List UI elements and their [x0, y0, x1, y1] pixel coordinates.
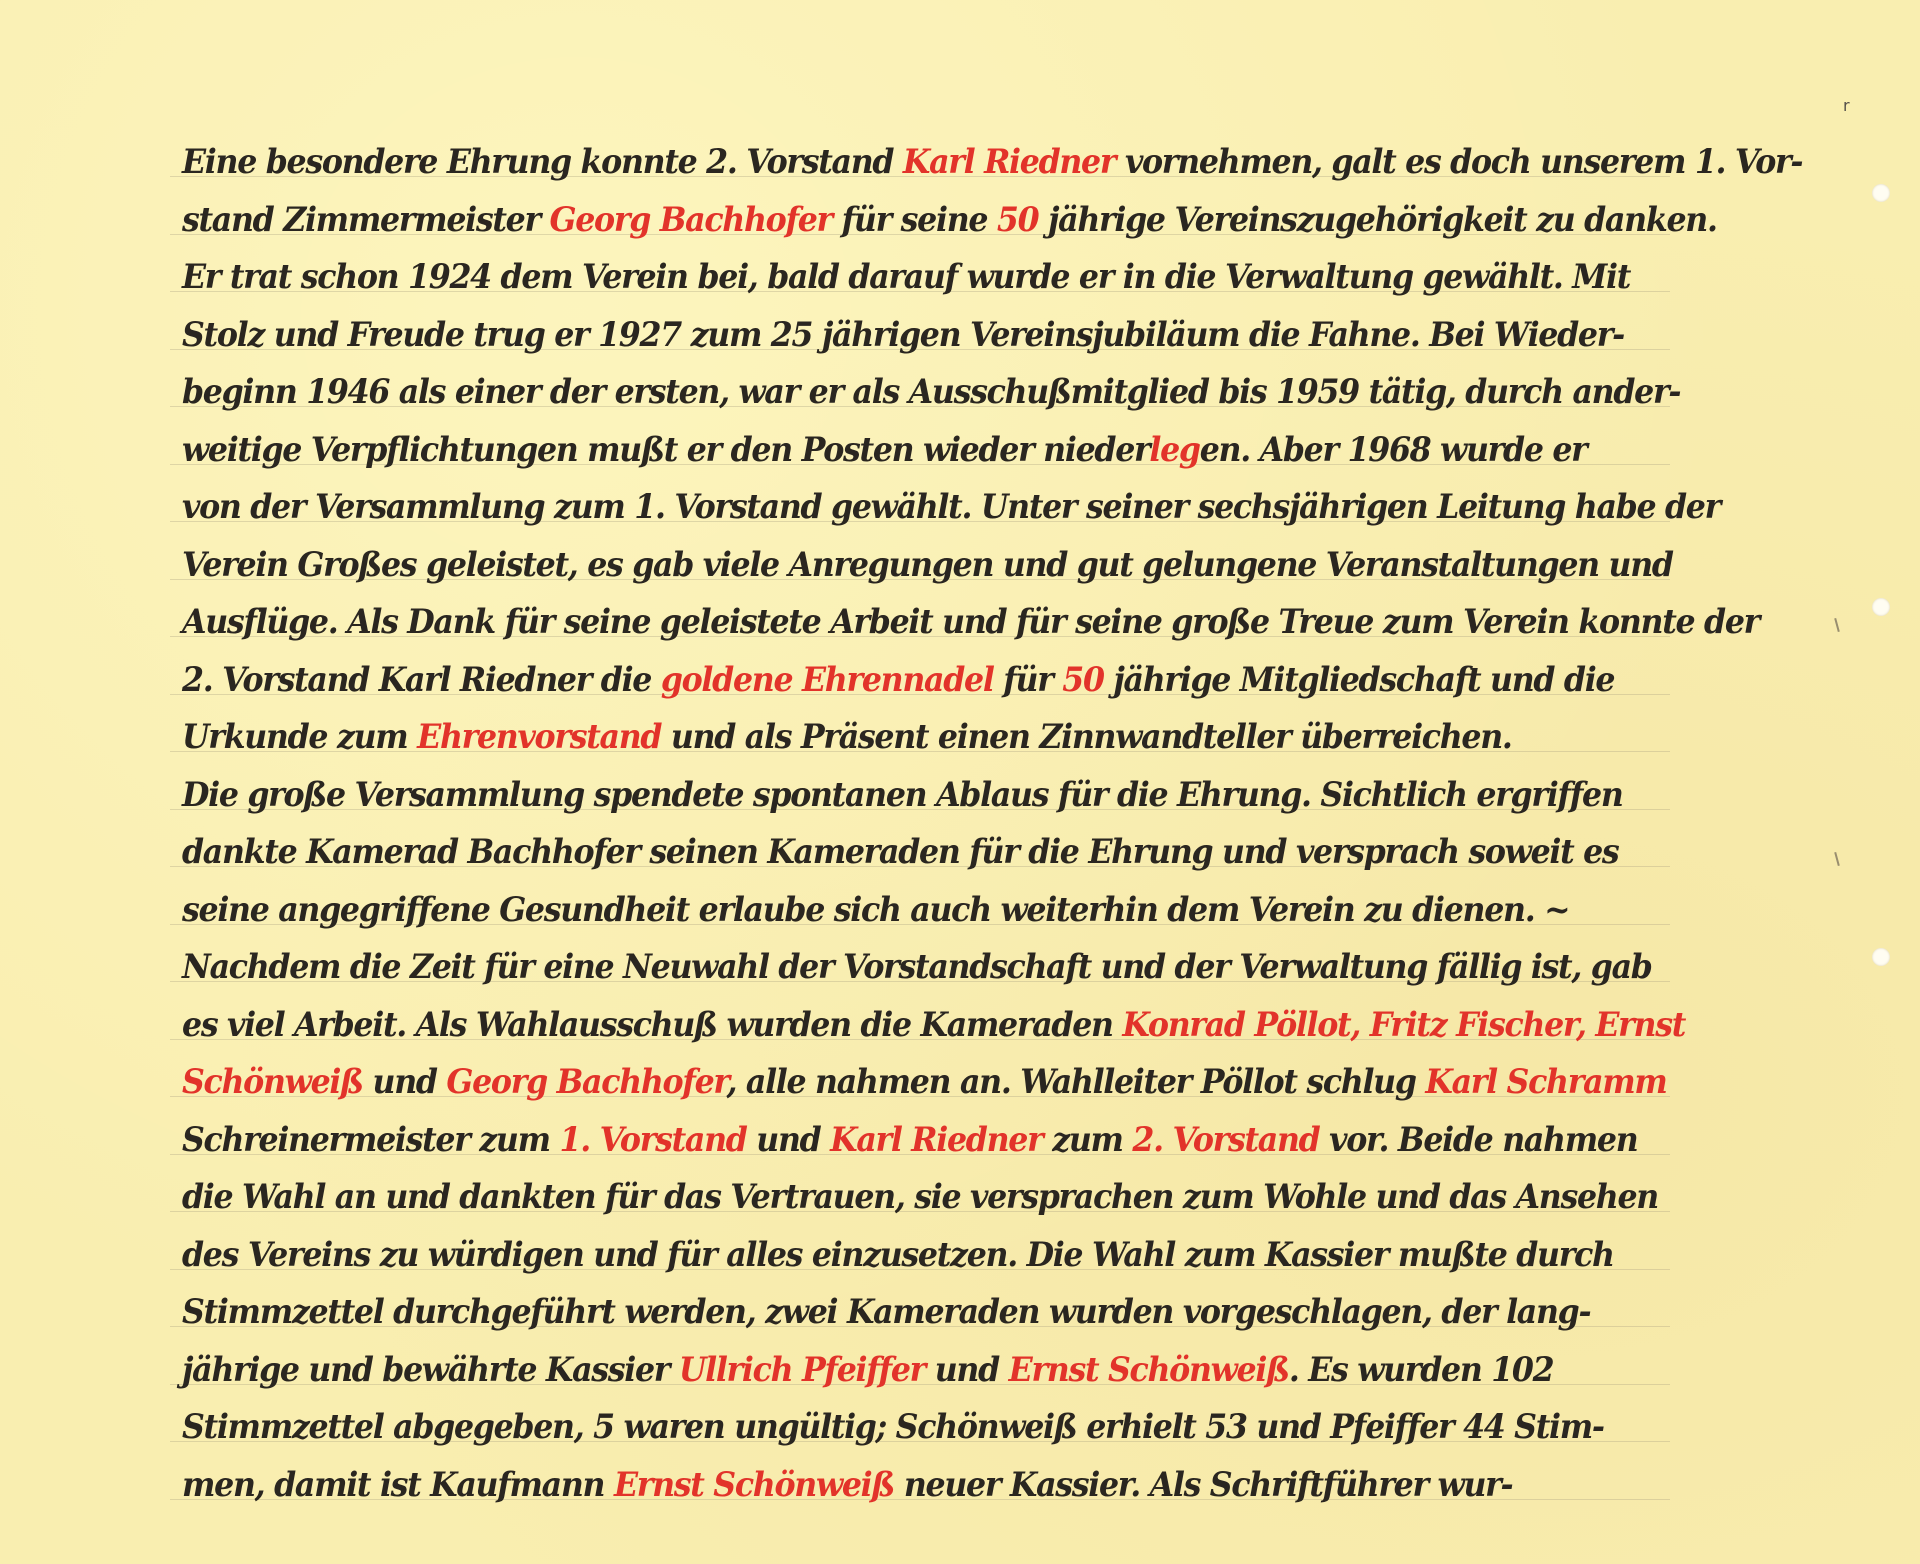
highlighted-name: 1. Vorstand [559, 1120, 746, 1160]
text-segment: Stolz und Freude trug er 1927 zum 25 jäh… [182, 315, 1624, 355]
highlighted-name: 2. Vorstand [1132, 1120, 1319, 1160]
text-line: Die große Versammlung spendete spontanen… [182, 773, 1623, 817]
highlighted-name: Konrad Pöllot, Fritz Fischer, Ernst [1122, 1005, 1685, 1045]
text-segment: Ausflüge. Als Dank für seine geleistete … [182, 602, 1759, 642]
text-segment: stand Zimmermeister [182, 200, 550, 240]
text-segment: und als Präsent einen Zinnwandteller übe… [661, 717, 1511, 757]
punch-hole-1 [1872, 184, 1890, 202]
highlighted-name: Georg Bachhofer [446, 1062, 726, 1102]
text-segment: vor. Beide nahmen [1319, 1120, 1637, 1160]
text-segment: Er trat schon 1924 dem Verein bei, bald … [182, 257, 1630, 297]
text-segment: des Vereins zu würdigen und für alles ei… [182, 1235, 1614, 1275]
text-segment: es viel Arbeit. Als Wahlausschuß wurden … [182, 1005, 1122, 1045]
text-segment: neuer Kassier. Als Schriftführer wur- [894, 1465, 1512, 1505]
text-segment: und [363, 1062, 447, 1102]
text-line: die Wahl an und dankten für das Vertraue… [182, 1175, 1658, 1219]
text-segment: , alle nahmen an. Wahlleiter Pöllot schl… [726, 1062, 1425, 1102]
text-segment: men, damit ist Kaufmann [182, 1465, 614, 1505]
text-line: weitige Verpflichtungen mußt er den Post… [182, 428, 1587, 472]
highlighted-name: Georg Bachhofer [550, 200, 832, 240]
highlighted-name: 50 [1062, 660, 1103, 700]
text-segment: Eine besondere Ehrung konnte 2. Vorstand [182, 142, 903, 182]
text-segment: beginn 1946 als einer der ersten, war er… [182, 372, 1680, 412]
text-segment: dankte Kamerad Bachhofer seinen Kamerade… [182, 832, 1618, 872]
text-segment: weitige Verpflichtungen mußt er den Post… [182, 430, 1149, 470]
handwritten-chronicle-page: r Eine besondere Ehrung konnte 2. Vorsta… [0, 0, 1920, 1564]
margin-tick [1834, 618, 1840, 632]
text-segment: Urkunde zum [182, 717, 417, 757]
text-segment: Stimmzettel abgegeben, 5 waren ungültig;… [182, 1407, 1604, 1447]
highlighted-name: leg [1149, 430, 1199, 470]
text-segment: vornehmen, galt es doch unserem 1. Vor- [1115, 142, 1802, 182]
text-line: Nachdem die Zeit für eine Neuwahl der Vo… [182, 945, 1652, 989]
text-line: Schönweiß und Georg Bachhofer, alle nahm… [182, 1060, 1667, 1104]
text-segment: die Wahl an und dankten für das Vertraue… [182, 1177, 1658, 1217]
text-line: Schreinermeister zum 1. Vorstand und Kar… [182, 1118, 1637, 1162]
highlighted-name: Ernst Schönweiß [614, 1465, 894, 1505]
text-segment: jährige Vereinszugehörigkeit zu danken. [1038, 200, 1716, 240]
text-line: dankte Kamerad Bachhofer seinen Kamerade… [182, 830, 1618, 874]
text-line: Stolz und Freude trug er 1927 zum 25 jäh… [182, 313, 1624, 357]
highlighted-name: Ehrenvorstand [417, 717, 661, 757]
highlighted-name: 50 [997, 200, 1038, 240]
text-segment: Verein Großes geleistet, es gab viele An… [182, 545, 1673, 585]
text-line: es viel Arbeit. Als Wahlausschuß wurden … [182, 1003, 1685, 1047]
text-segment: . Es wurden 102 [1289, 1350, 1553, 1390]
text-segment: Schreinermeister zum [182, 1120, 559, 1160]
highlighted-name: Karl Riedner [903, 142, 1115, 182]
text-line: jährige und bewährte Kassier Ullrich Pfe… [182, 1348, 1553, 1392]
text-segment: 2. Vorstand Karl Riedner die [182, 660, 661, 700]
text-segment: und [925, 1350, 1009, 1390]
text-line: seine angegriffene Gesundheit erlaube si… [182, 888, 1569, 932]
highlighted-name: Karl Schramm [1425, 1062, 1666, 1102]
text-line: Stimmzettel abgegeben, 5 waren ungültig;… [182, 1405, 1604, 1449]
text-line: stand Zimmermeister Georg Bachhofer für … [182, 198, 1717, 242]
text-segment: von der Versammlung zum 1. Vorstand gewä… [182, 487, 1720, 527]
text-segment: Nachdem die Zeit für eine Neuwahl der Vo… [182, 947, 1652, 987]
text-line: Eine besondere Ehrung konnte 2. Vorstand… [182, 140, 1802, 184]
text-line: Stimmzettel durchgeführt werden, zwei Ka… [182, 1290, 1590, 1334]
highlighted-name: Ullrich Pfeiffer [679, 1350, 925, 1390]
highlighted-name: Schönweiß [182, 1062, 363, 1102]
corner-mark: r [1843, 96, 1850, 115]
text-line: Urkunde zum Ehrenvorstand und als Präsen… [182, 715, 1512, 759]
text-line: Ausflüge. Als Dank für seine geleistete … [182, 600, 1759, 644]
text-line: 2. Vorstand Karl Riedner die goldene Ehr… [182, 658, 1614, 702]
text-line: von der Versammlung zum 1. Vorstand gewä… [182, 485, 1720, 529]
text-line: des Vereins zu würdigen und für alles ei… [182, 1233, 1614, 1277]
text-segment: zum [1042, 1120, 1132, 1160]
margin-tick [1834, 852, 1840, 866]
text-segment: jährige und bewährte Kassier [182, 1350, 679, 1390]
text-segment: jährige Mitgliedschaft und die [1104, 660, 1615, 700]
text-segment: en. Aber 1968 wurde er [1200, 430, 1587, 470]
punch-hole-2 [1872, 598, 1890, 616]
text-segment: für seine [832, 200, 997, 240]
punch-hole-3 [1872, 948, 1890, 966]
text-segment: Stimmzettel durchgeführt werden, zwei Ka… [182, 1292, 1590, 1332]
text-segment: Die große Versammlung spendete spontanen… [182, 775, 1623, 815]
text-segment: und [747, 1120, 831, 1160]
text-line: men, damit ist Kaufmann Ernst Schönweiß … [182, 1463, 1512, 1507]
highlighted-name: Karl Riedner [830, 1120, 1042, 1160]
text-line: beginn 1946 als einer der ersten, war er… [182, 370, 1680, 414]
text-line: Verein Großes geleistet, es gab viele An… [182, 543, 1673, 587]
text-line: Er trat schon 1924 dem Verein bei, bald … [182, 255, 1630, 299]
text-segment: für [994, 660, 1063, 700]
highlighted-name: goldene Ehrennadel [661, 660, 994, 700]
text-segment: seine angegriffene Gesundheit erlaube si… [182, 890, 1569, 930]
highlighted-name: Ernst Schönweiß [1009, 1350, 1289, 1390]
